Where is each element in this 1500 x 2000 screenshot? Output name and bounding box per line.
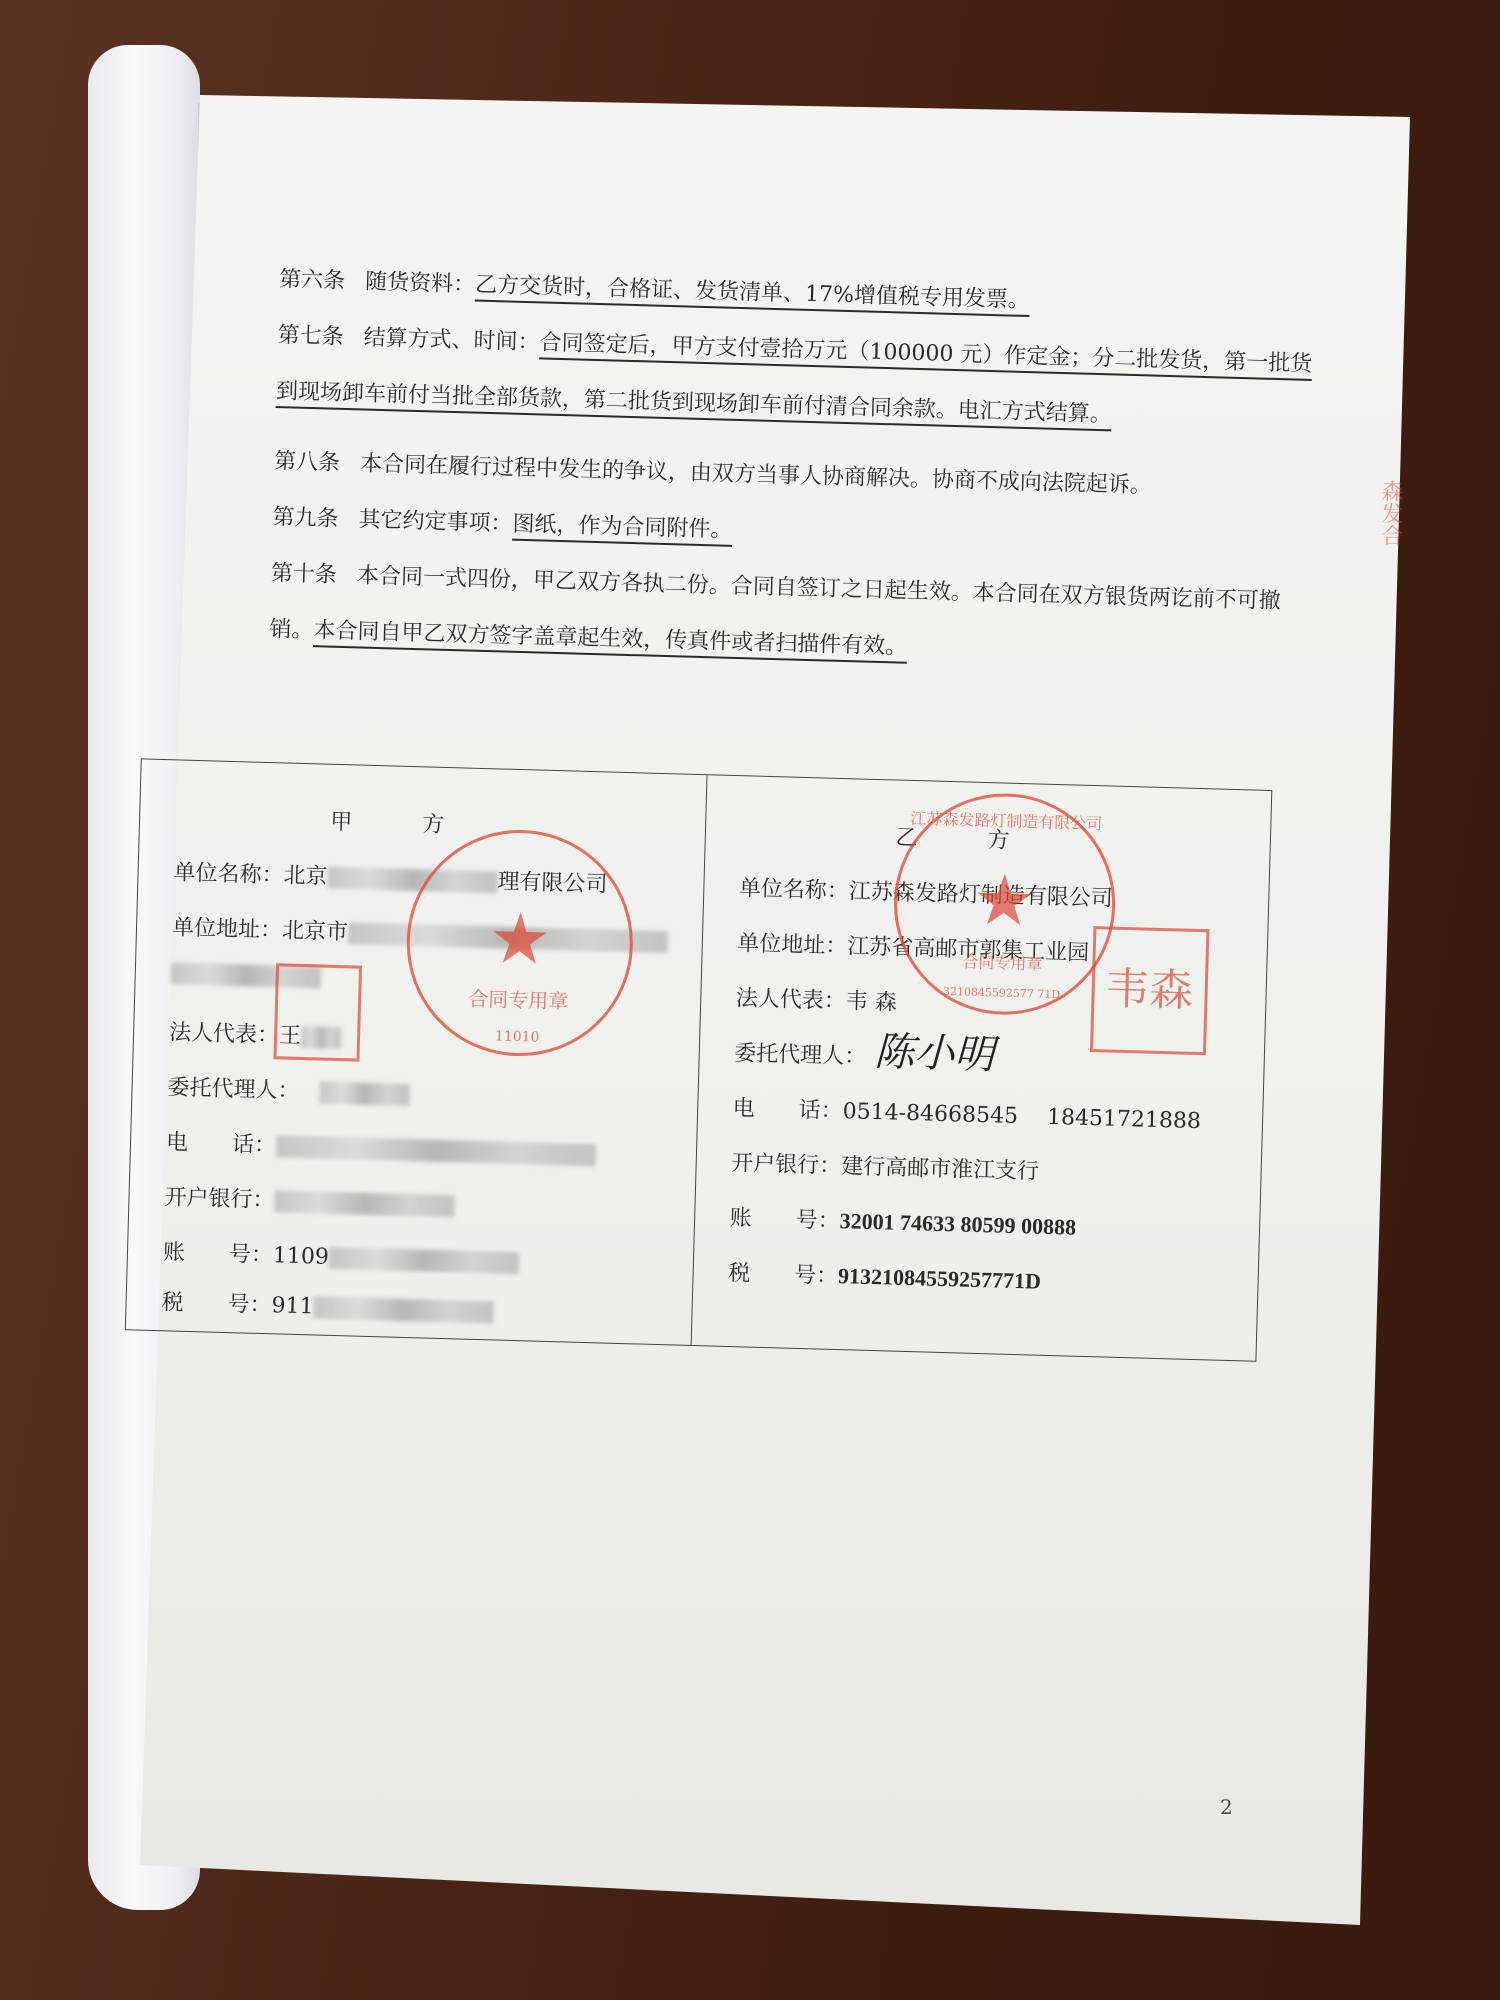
- page-number: 2: [1220, 1795, 1233, 1819]
- party-a-tax: 税 号：911: [161, 1285, 494, 1325]
- party-a-title: 甲方: [140, 799, 705, 846]
- party-a-column: 甲方 单位名称：北京理有限公司 单位地址：北京市 法人代表：王 委托代理人： 电…: [126, 759, 707, 1345]
- label: 开户银行：: [164, 1180, 275, 1214]
- article-number: 第九条: [272, 505, 339, 532]
- star-icon: ★: [972, 858, 1037, 942]
- value: 北京市: [282, 918, 349, 945]
- seal-code: 11010: [407, 1026, 627, 1048]
- value: 北京: [283, 863, 328, 889]
- party-a-agent: 委托代理人：: [167, 1070, 410, 1108]
- clause-label: 随货资料：: [365, 269, 476, 297]
- seal-subtext: 合同专用章: [895, 948, 1111, 977]
- redacted-text: [276, 1135, 596, 1166]
- clause-text: 本合同在履行过程中发生的争议，由双方当事人协商解决。协商不成向法院起诉。: [360, 451, 1152, 498]
- label: 单位地址：: [172, 910, 283, 944]
- party-b-tax: 税 号：91321084559257771D: [728, 1256, 1042, 1296]
- party-b-column: 乙方 单位名称：江苏森发路灯制造有限公司 单位地址：江苏省高邮市郭集工业园 法人…: [691, 775, 1271, 1361]
- value: 建行高邮市淮江支行: [841, 1154, 1040, 1185]
- seal-text: 合同专用章: [408, 981, 629, 1016]
- party-b-company-seal: ★ 江苏森发路灯制造有限公司 合同专用章 3210845592577 71D: [891, 791, 1118, 1018]
- clause-text: 乙方交货时，合格证、发货清单、17%增值税专用发票。: [475, 273, 1030, 313]
- seal-code: 3210845592577 71D: [894, 984, 1109, 1003]
- label: 电 话：: [732, 1091, 843, 1125]
- clause-text-underlined: 本合同自甲乙双方签字盖章起生效，传真件或者扫描件有效。: [313, 618, 907, 660]
- label: 电 话：: [166, 1125, 277, 1159]
- article-number: 第十条: [271, 561, 338, 588]
- label: 账 号：: [729, 1201, 840, 1235]
- value: 911: [271, 1293, 314, 1319]
- value: 0514-84668545 18451721888: [842, 1099, 1201, 1134]
- label: 税 号：: [161, 1285, 272, 1319]
- party-b-phone: 电 话：0514-84668545 18451721888: [732, 1091, 1201, 1135]
- article-number: 第八条: [274, 449, 341, 476]
- label: 法人代表：: [735, 981, 846, 1015]
- signature-table: 甲方 单位名称：北京理有限公司 单位地址：北京市 法人代表：王 委托代理人： 电…: [125, 758, 1273, 1361]
- party-a-phone: 电 话：: [166, 1125, 597, 1168]
- value: 韦 森: [845, 989, 897, 1015]
- redacted-text: [274, 1190, 455, 1217]
- value: 1109: [273, 1243, 330, 1270]
- label: 委托代理人：: [734, 1036, 867, 1071]
- clause-text: 图纸，作为合同附件。: [512, 512, 733, 543]
- label: 开户银行：: [731, 1146, 842, 1180]
- seal-text: 江苏森发路灯制造有限公司: [899, 806, 1115, 835]
- agent-signature: 陈小明: [874, 1020, 996, 1080]
- label: 单位地址：: [737, 926, 848, 960]
- article-number: 第七条: [277, 323, 344, 350]
- party-a-personal-seal: [273, 963, 362, 1061]
- redacted-text: [329, 1247, 520, 1274]
- party-b-agent: 委托代理人：: [734, 1036, 867, 1071]
- value: 91321084559257771D: [838, 1263, 1042, 1294]
- clause-label: 结算方式、时间：: [363, 325, 540, 355]
- label: 委托代理人：: [167, 1070, 300, 1105]
- party-a-account: 账 号：1109: [163, 1235, 520, 1276]
- party-b-account: 账 号：32001 74633 80599 00888: [729, 1201, 1076, 1242]
- redacted-text: [319, 1082, 410, 1107]
- label: 账 号：: [163, 1235, 274, 1269]
- party-b-legal-rep: 法人代表：韦 森: [735, 981, 897, 1016]
- value: 32001 74633 80599 00888: [839, 1208, 1076, 1240]
- clause-label: 其它约定事项：: [358, 507, 513, 536]
- party-b-personal-seal: 韦森: [1089, 926, 1208, 1055]
- contract-content: 第六条随货资料：乙方交货时，合格证、发货清单、17%增值税专用发票。 第七条结算…: [194, 250, 1315, 687]
- redacted-text: [313, 1296, 494, 1323]
- party-a-bank: 开户银行：: [164, 1180, 455, 1219]
- label: 法人代表：: [169, 1015, 280, 1049]
- star-icon: ★: [487, 897, 552, 981]
- edge-seal-fragment: 森发合: [1375, 480, 1406, 546]
- article-number: 第六条: [279, 267, 346, 294]
- party-b-bank: 开户银行：建行高邮市淮江支行: [731, 1146, 1040, 1186]
- label: 单位名称：: [173, 855, 284, 889]
- label: 税 号：: [728, 1256, 839, 1290]
- label: 单位名称：: [738, 871, 849, 905]
